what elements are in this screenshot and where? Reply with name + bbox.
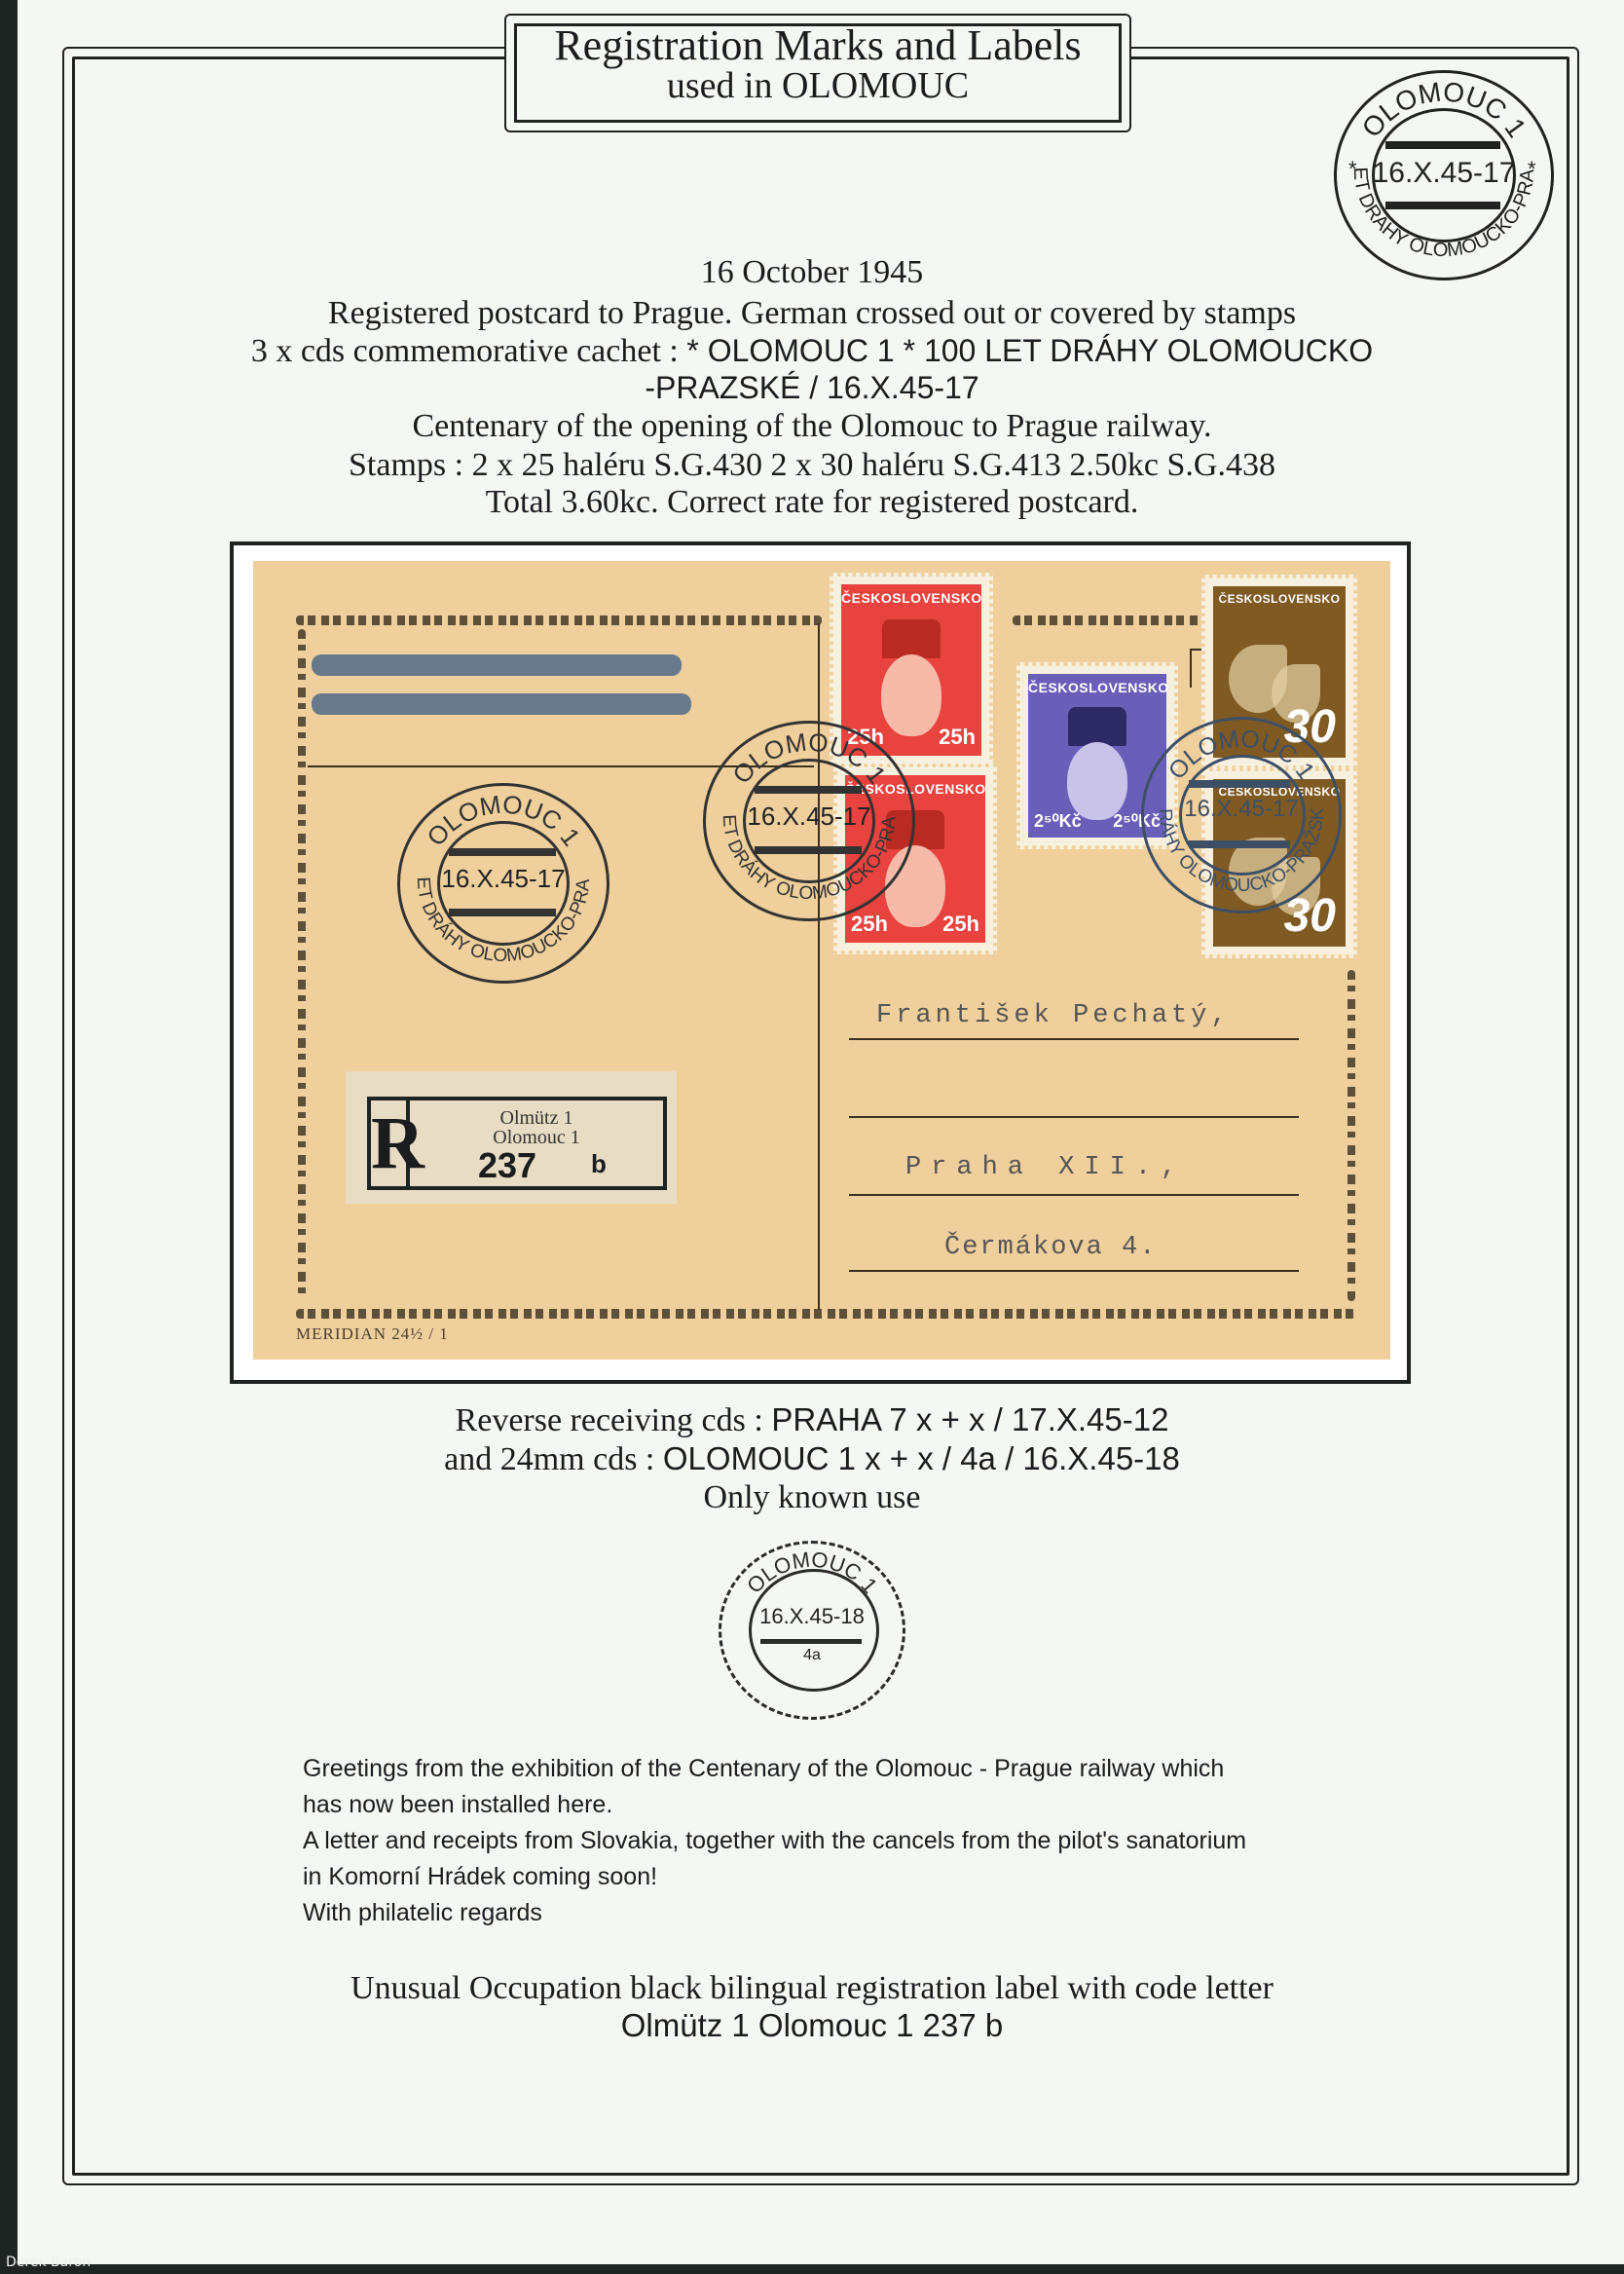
address-line [849, 1116, 1299, 1118]
reverse-cds-line: Reverse receiving cds : PRAHA 7 x + x / … [117, 1402, 1507, 1438]
cachet-ring-text: OLOMOUC 1 DRÁHY OLOMOUCKO-PRAŽSKÉ [1144, 720, 1339, 911]
postcard: František Pechatý, Praha XII., Čermákova… [253, 561, 1390, 1360]
svg-text:*: * [1348, 157, 1357, 181]
description-line: Registered postcard to Prague. German cr… [117, 296, 1507, 331]
page-subtitle: used in OLOMOUC [506, 66, 1129, 105]
description-cachet-line: 3 x cds commemorative cachet : * OLOMOUC… [58, 333, 1566, 369]
stamp-country: ČESKOSLOVENSKO [841, 584, 981, 606]
label-office-german: Olmütz 1 [410, 1108, 663, 1128]
stamps-description: Stamps : 2 x 25 haléru S.G.430 2 x 30 ha… [117, 448, 1507, 483]
reverse-cds-strike: 16.X.45-18 4a OLOMOUC 1 [719, 1541, 905, 1720]
stamp-box-line [1190, 649, 1192, 688]
ornament-right [1347, 970, 1355, 1301]
message-line: Greetings from the exhibition of the Cen… [303, 1751, 1246, 1787]
scan-edge [0, 0, 18, 2274]
page-title: Registration Marks and Labels [506, 23, 1129, 68]
scan-edge [0, 2264, 1624, 2274]
address-city: Praha XII., [905, 1153, 1186, 1182]
soldier-portrait [1067, 742, 1127, 820]
stamp-country: ČESKOSLOVENSKO [1213, 586, 1346, 606]
stamp-value: 25h [942, 912, 979, 937]
registration-number: 237 [478, 1145, 536, 1186]
address-line [849, 1194, 1299, 1196]
footer-note: Unusual Occupation black bilingual regis… [117, 1971, 1507, 2006]
cachet-ring-text: OLOMOUC 1 100 LET DRÁHY OLOMOUCKO-PRAŽSK… [400, 786, 607, 981]
svg-text:OLOMOUC 1: OLOMOUC 1 [726, 727, 892, 790]
address-line [849, 1270, 1299, 1272]
cds-ring-text: OLOMOUC 1 [721, 1544, 903, 1717]
address-name: František Pechatý, [876, 1001, 1231, 1030]
message-line: A letter and receipts from Slovakia, tog… [303, 1823, 1246, 1859]
cds-inscription: OLOMOUC 1 x + x / 4a / 16.X.45-18 [663, 1440, 1180, 1476]
description-text: and 24mm cds : [444, 1441, 663, 1477]
address-line [849, 1038, 1299, 1040]
registration-code-letter: b [591, 1149, 607, 1179]
message-line: With philatelic regards [303, 1895, 1246, 1931]
message-text: Greetings from the exhibition of the Cen… [303, 1751, 1246, 1931]
header-cachet: 16.X.45-17 OLOMOUC 1 100 LET DRÁHY OLOMO… [1334, 70, 1554, 280]
message-line: has now been installed here. [303, 1787, 1246, 1823]
only-known-use: Only known use [117, 1480, 1507, 1515]
postage-total: Total 3.60kc. Correct rate for registere… [117, 485, 1507, 520]
cachet-ring-text: OLOMOUC 1 100 LET DRÁHY OLOMOUCKO-PRAŽSK… [706, 724, 912, 918]
svg-text:OLOMOUC 1: OLOMOUC 1 [421, 790, 586, 852]
postcard-mount: František Pechatý, Praha XII., Čermákova… [230, 541, 1411, 1384]
soldier-cap [1068, 707, 1126, 746]
svg-text:OLOMOUC 1: OLOMOUC 1 [742, 1547, 882, 1598]
cachet-inscription-cont: -PRAZSKÉ / 16.X.45-17 [117, 370, 1507, 405]
description-line: Centenary of the opening of the Olomouc … [117, 409, 1507, 444]
commemorative-cachet: 16.X.45-17 OLOMOUC 1 100 LET DRÁHY OLOMO… [397, 783, 609, 984]
message-line: in Komorní Hrádek coming soon! [303, 1859, 1246, 1895]
registration-label: R Olmütz 1 Olomouc 1 237 b [346, 1071, 677, 1204]
crossed-out-sender [312, 693, 691, 715]
svg-text:OLOMOUC 1: OLOMOUC 1 [1163, 726, 1320, 785]
description-text: Reverse receiving cds : [456, 1402, 772, 1438]
scan-credit: Derek Baron [6, 2255, 91, 2270]
cachet-inscription: * OLOMOUC 1 * 100 LET DRÁHY OLOMOUCKO [686, 333, 1373, 368]
commemorative-cachet: 16.X.45-17 OLOMOUC 1 100 LET DRÁHY OLOMO… [703, 721, 915, 921]
printer-imprint: MERIDIAN 24½ / 1 [296, 1324, 449, 1344]
reverse-cds-line: and 24mm cds : OLOMOUC 1 x + x / 4a / 16… [117, 1441, 1507, 1477]
page-title-box: Registration Marks and Labels used in OL… [504, 14, 1131, 132]
ornament-bottom [296, 1309, 1355, 1319]
svg-text:*: * [1528, 157, 1536, 181]
commemorative-cachet: 16.X.45-17 OLOMOUC 1 DRÁHY OLOMOUCKO-PRA… [1141, 717, 1342, 913]
registration-letter: R [371, 1100, 410, 1186]
description-text: 3 x cds commemorative cachet : [251, 333, 687, 369]
address-street: Čermákova 4. [944, 1233, 1157, 1262]
crossed-out-sender [312, 654, 682, 676]
label-office-czech: Olomouc 1 [410, 1128, 663, 1147]
soldier-cap [882, 619, 941, 658]
footer-label-text: Olmütz 1 Olomouc 1 237 b [117, 2008, 1507, 2043]
ornament-left [298, 629, 306, 1301]
stamp-value: 25h [939, 725, 976, 750]
stamp-value: 2⁵⁰Kč [1034, 811, 1082, 832]
cachet-ring-text: OLOMOUC 1 100 LET DRÁHY OLOMOUCKO-PRAŽSK… [1337, 73, 1551, 278]
stamp-country: ČESKOSLOVENSKO [1028, 674, 1166, 695]
registration-label-frame: R Olmütz 1 Olomouc 1 237 b [367, 1097, 667, 1190]
cds-inscription: PRAHA 7 x + x / 17.X.45-12 [771, 1401, 1168, 1437]
ornament-top [296, 615, 822, 625]
svg-text:OLOMOUC 1: OLOMOUC 1 [1356, 76, 1532, 142]
cover-date: 16 October 1945 [117, 255, 1507, 290]
